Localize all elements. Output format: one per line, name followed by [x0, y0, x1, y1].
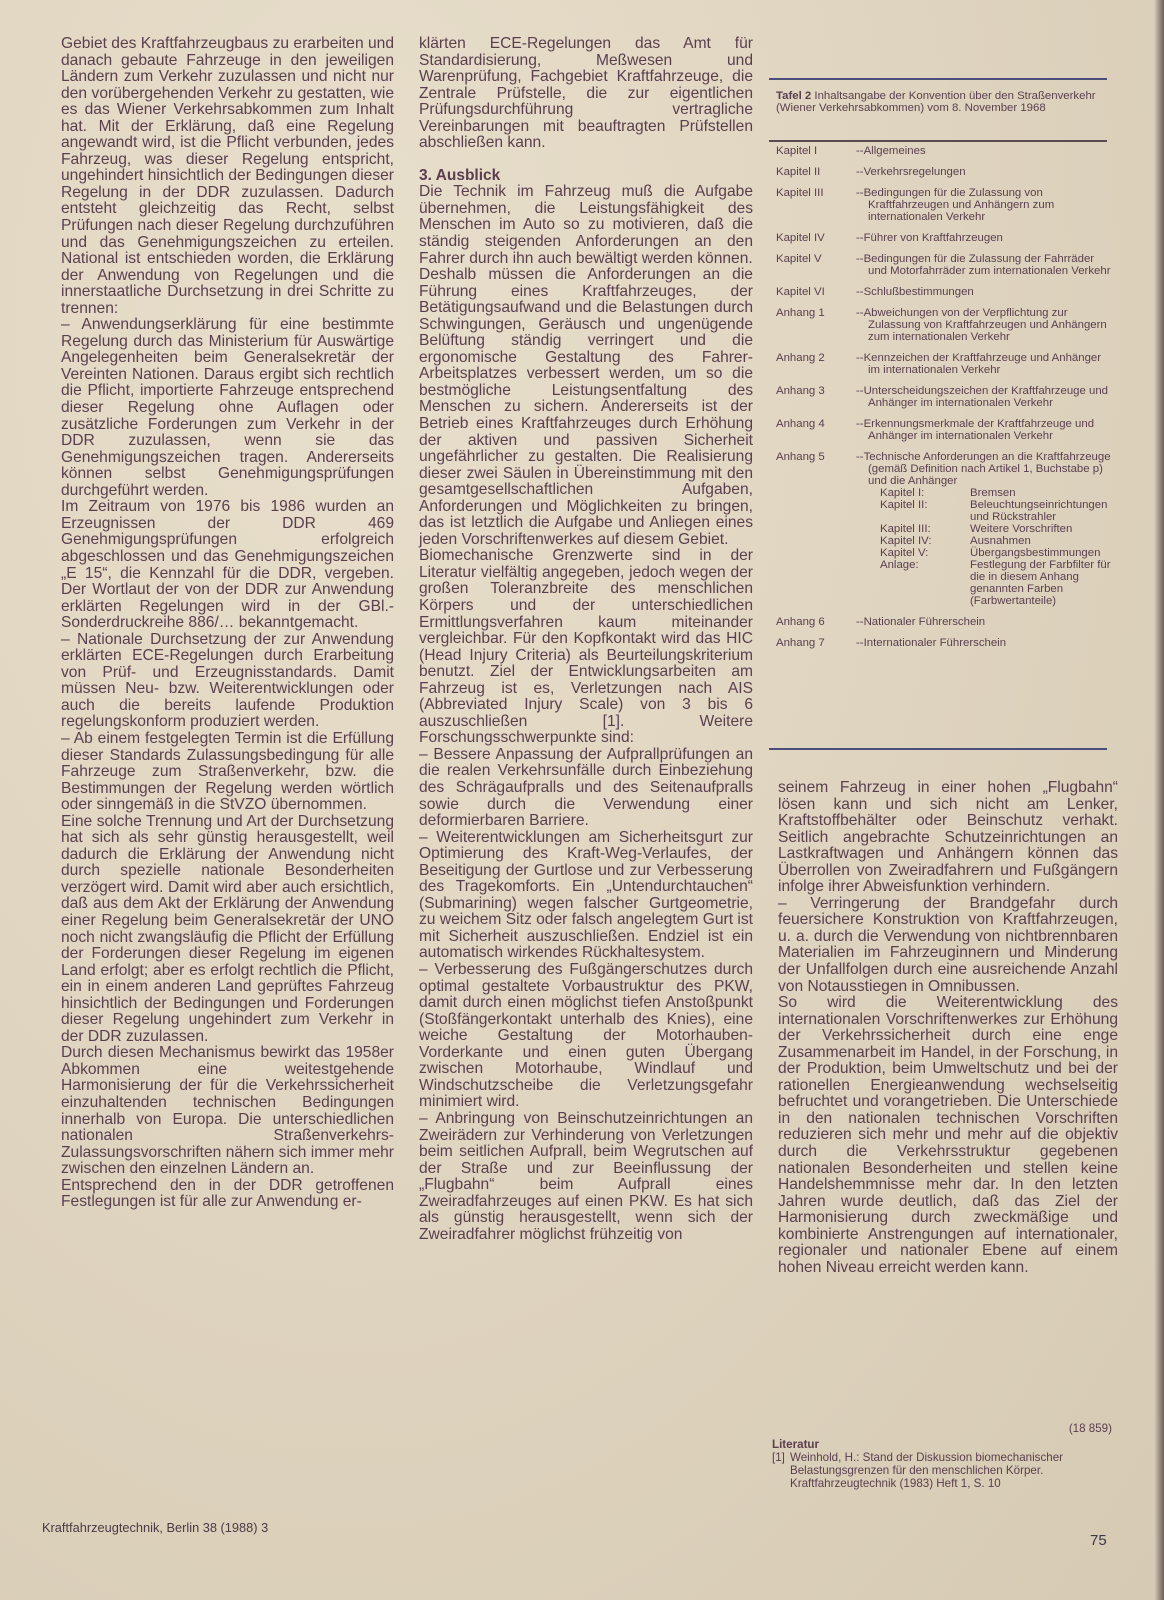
row-value: --Bedingungen für die Zulassung von Kraf…: [868, 187, 1116, 223]
page-number: 75: [1090, 1532, 1107, 1549]
paragraph: Eine solche Trennung und Art der Durchse…: [61, 814, 394, 1046]
row-key: Anhang 2: [776, 352, 868, 376]
paragraph: – Verbesserung des Fußgängerschutzes dur…: [419, 962, 753, 1111]
table-row: Anhang 7--Internationaler Führerschein: [776, 637, 1116, 649]
row-key: Anhang 1: [776, 307, 868, 343]
table-row: Anhang 4--Erkennungsmerkmale der Kraftfa…: [776, 418, 1116, 442]
table-2: Tafel 2 Inhaltsangabe der Konvention übe…: [776, 90, 1116, 649]
column-1: Gebiet des Kraftfahrzeugbaus zu erarbeit…: [61, 36, 394, 1211]
sub-key: Anlage:: [880, 559, 970, 607]
sub-row: Anlage:Festlegung der Farbfilter für die…: [880, 559, 1116, 607]
table-top-rule: [769, 78, 1107, 80]
row-key: Anhang 6: [776, 616, 868, 628]
row-value: --Kennzeichen der Kraftfahrzeuge und Anh…: [868, 352, 1116, 376]
sub-key: Kapitel II:: [880, 499, 970, 523]
row-key: Kapitel V: [776, 253, 868, 277]
reference-item: [1] Weinhold, H.: Stand der Diskussion b…: [772, 1451, 1112, 1490]
sub-key: Kapitel III:: [880, 523, 970, 535]
table-caption: Tafel 2 Inhaltsangabe der Konvention übe…: [776, 90, 1116, 114]
paragraph: – Verringerung der Brandgefahr durch feu…: [778, 896, 1118, 995]
table-row: Kapitel IV--Führer von Kraftfahrzeugen: [776, 232, 1116, 244]
row-key: Anhang 5: [776, 451, 868, 487]
row-value: --Internationaler Führerschein: [868, 637, 1116, 649]
row-value: --Erkennungsmerkmale der Kraftfahrzeuge …: [868, 418, 1116, 442]
journal-footer: Kraftfahrzeugtechnik, Berlin 38 (1988) 3: [42, 1520, 268, 1535]
paragraph: – Ab einem festgelegten Termin ist die E…: [61, 731, 394, 814]
table-row: Kapitel II--Verkehrsregelungen: [776, 166, 1116, 178]
table-row: Anhang 1--Abweichungen von der Verpflich…: [776, 307, 1116, 343]
table-row: Kapitel V--Bedingungen für die Zulassung…: [776, 253, 1116, 277]
row-key: Anhang 4: [776, 418, 868, 442]
row-key: Anhang 3: [776, 385, 868, 409]
sub-value: Weitere Vorschriften: [970, 523, 1116, 535]
row-value: --Technische Anforderungen an die Kraftf…: [868, 451, 1116, 487]
sub-row: Kapitel II:Beleuchtungseinrichtungen und…: [880, 499, 1116, 523]
reference-number: [1]: [772, 1451, 790, 1490]
row-key: Kapitel VI: [776, 286, 868, 298]
paragraph: Deshalb müssen die Anforderungen an die …: [419, 267, 753, 548]
paragraph: Gebiet des Kraftfahrzeugbaus zu erarbeit…: [61, 36, 394, 317]
sub-value: Bremsen: [970, 487, 1116, 499]
paragraph: klärten ECE-Regelungen das Amt für Stand…: [419, 36, 753, 152]
row-key: Kapitel III: [776, 187, 868, 223]
column-2: klärten ECE-Regelungen das Amt für Stand…: [419, 36, 753, 1243]
row-key: Anhang 7: [776, 637, 868, 649]
table-rows: Kapitel I--AllgemeinesKapitel II--Verkeh…: [776, 145, 1116, 649]
sub-key: Kapitel I:: [880, 487, 970, 499]
paragraph: So wird die Weiterentwicklung des intern…: [778, 995, 1118, 1276]
paragraph: Die Technik im Fahrzeug muß die Aufgabe …: [419, 184, 753, 267]
table-row: Anhang 2--Kennzeichen der Kraftfahrzeuge…: [776, 352, 1116, 376]
reference-text: Weinhold, H.: Stand der Diskussion biome…: [790, 1451, 1112, 1490]
article-code: (18 859): [1069, 1422, 1112, 1435]
sub-value: Ausnahmen: [970, 535, 1116, 547]
row-value: --Schlußbestimmungen: [868, 286, 1116, 298]
sub-row: Kapitel III:Weitere Vorschriften: [880, 523, 1116, 535]
table-row: Kapitel I--Allgemeines: [776, 145, 1116, 157]
row-key: Kapitel II: [776, 166, 868, 178]
table-row: Kapitel VI--Schlußbestimmungen: [776, 286, 1116, 298]
paragraph: – Weiterentwicklungen am Sicherheitsgurt…: [419, 830, 753, 962]
paragraph: – Anbringung von Beinschutzeinrichtungen…: [419, 1111, 753, 1243]
paragraph: Durch diesen Mechanismus bewirkt das 195…: [61, 1045, 394, 1177]
paragraph: seinem Fahrzeug in einer hohen „Flugbahn…: [778, 780, 1118, 896]
sub-value: Festlegung der Farbfilter für die in die…: [970, 559, 1116, 607]
row-value: --Allgemeines: [868, 145, 1116, 157]
paragraph: – Nationale Durchsetzung der zur Anwendu…: [61, 632, 394, 731]
sub-row: Kapitel V:Übergangsbestimmungen: [880, 547, 1116, 559]
sub-key: Kapitel V:: [880, 547, 970, 559]
sub-value: Beleuchtungseinrichtungen und Rückstrahl…: [970, 499, 1116, 523]
paragraph: Biomechanische Grenzwerte sind in der Li…: [419, 548, 753, 747]
table-row: Kapitel III--Bedingungen für die Zulassu…: [776, 187, 1116, 223]
row-value: --Nationaler Führerschein: [868, 616, 1116, 628]
table-row: Anhang 3--Unterscheidungszeichen der Kra…: [776, 385, 1116, 409]
page-edge: [1154, 0, 1164, 1600]
sub-row: Kapitel IV:Ausnahmen: [880, 535, 1116, 547]
table-row: Anhang 6--Nationaler Führerschein: [776, 616, 1116, 628]
paragraph: – Anwendungserklärung für eine bestimmte…: [61, 317, 394, 499]
table-bottom-rule: [769, 748, 1107, 750]
literature-heading: Literatur: [772, 1438, 1112, 1451]
column-3: seinem Fahrzeug in einer hohen „Flugbahn…: [778, 780, 1118, 1276]
row-value: --Führer von Kraftfahrzeugen: [868, 232, 1116, 244]
sub-value: Übergangsbestimmungen: [970, 547, 1116, 559]
row-value: --Verkehrsregelungen: [868, 166, 1116, 178]
row-value: --Unterscheidungszeichen der Kraftfahrze…: [868, 385, 1116, 409]
sub-row: Kapitel I:Bremsen: [880, 487, 1116, 499]
row-key: Kapitel IV: [776, 232, 868, 244]
paragraph: Im Zeitraum von 1976 bis 1986 wurden an …: [61, 499, 394, 631]
paragraph: – Bessere Anpassung der Aufprallprüfunge…: [419, 747, 753, 830]
literature-section: (18 859) Literatur [1] Weinhold, H.: Sta…: [772, 1432, 1112, 1490]
row-key: Kapitel I: [776, 145, 868, 157]
table-caption-text: Inhaltsangabe der Konvention über den St…: [776, 90, 1096, 114]
table-row: Anhang 5--Technische Anforderungen an di…: [776, 451, 1116, 487]
paragraph: Entsprechend den in der DDR getroffenen …: [61, 1178, 394, 1211]
sub-key: Kapitel IV:: [880, 535, 970, 547]
row-value: --Bedingungen für die Zulassung der Fahr…: [868, 253, 1116, 277]
section-heading: 3. Ausblick: [419, 168, 753, 185]
table-label: Tafel 2: [776, 90, 811, 102]
row-value: --Abweichungen von der Verpflichtung zur…: [868, 307, 1116, 343]
